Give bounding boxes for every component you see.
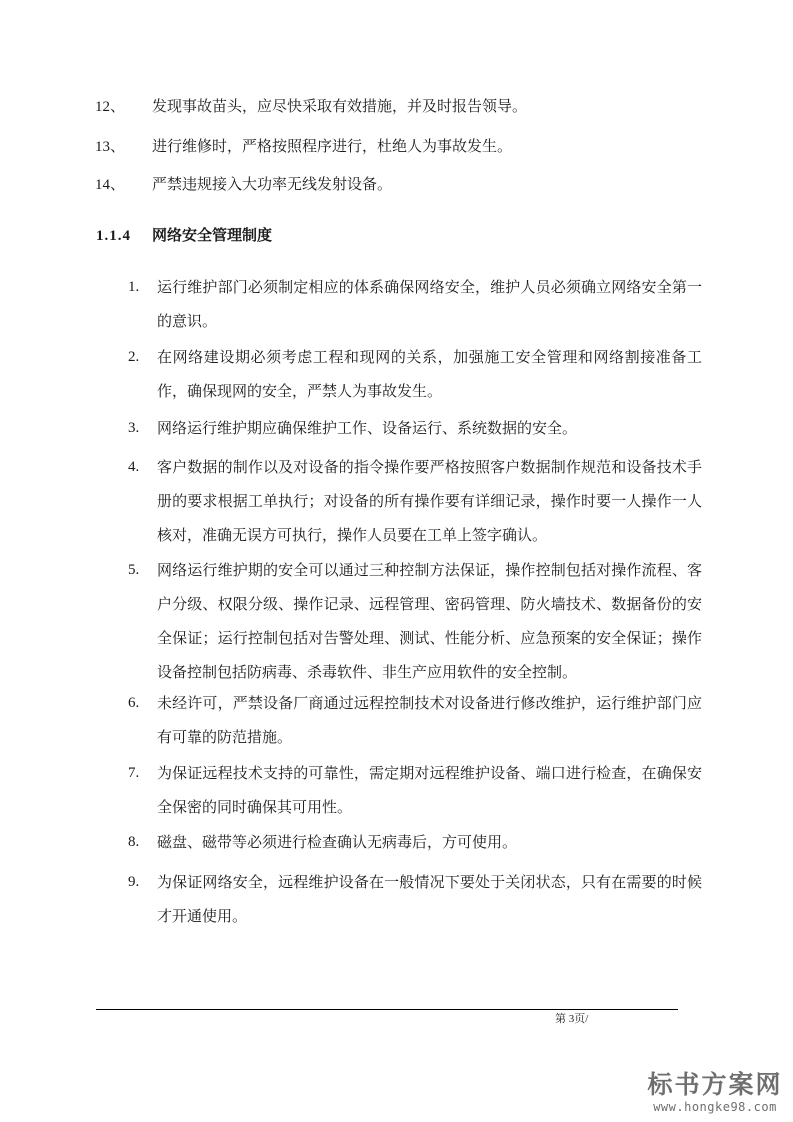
item-text: 网络运行维护期应确保维护工作、设备运行、系统数据的安全。 [157, 411, 702, 445]
item-number: 5. [128, 553, 139, 587]
list-item-13: 13、进行维修时，严格按照程序进行，杜绝人为事故发生。 [95, 135, 512, 157]
section-heading: 1.1.4网络安全管理制度 [96, 224, 272, 247]
item-text: 未经许可，严禁设备厂商通过远程控制技术对设备进行修改维护，运行维护部门应有可靠的… [157, 686, 702, 754]
watermark-title: 标书方案网 [640, 1071, 790, 1099]
list-item-9: 9. 为保证网络安全，远程维护设备在一般情况下要处于关闭状态，只有在需要的时候才… [128, 865, 703, 933]
item-number: 13、 [95, 136, 152, 158]
item-text: 严禁违规接入大功率无线发射设备。 [152, 173, 392, 195]
watermark: 标书方案网 www.hongke98.com [640, 1071, 790, 1115]
list-item-7: 7. 为保证远程技术支持的可靠性，需定期对远程维护设备、端口进行检查，在确保安全… [128, 756, 703, 824]
list-item-3: 3. 网络运行维护期应确保维护工作、设备运行、系统数据的安全。 [128, 411, 703, 445]
item-number: 4. [128, 450, 139, 484]
list-item-12: 12、发现事故苗头，应尽快采取有效措施，并及时报告领导。 [95, 95, 527, 117]
list-item-6: 6. 未经许可，严禁设备厂商通过远程控制技术对设备进行修改维护，运行维护部门应有… [128, 686, 703, 754]
item-number: 8. [128, 825, 139, 859]
item-text: 为保证网络安全，远程维护设备在一般情况下要处于关闭状态，只有在需要的时候才开通使… [157, 865, 702, 933]
item-text: 网络运行维护期的安全可以通过三种控制方法保证，操作控制包括对操作流程、客户分级、… [157, 553, 702, 689]
item-text: 磁盘、磁带等必须进行检查确认无病毒后，方可使用。 [157, 825, 702, 859]
section-title: 网络安全管理制度 [152, 226, 272, 244]
watermark-url: www.hongke98.com [640, 1099, 790, 1115]
item-text: 为保证远程技术支持的可靠性，需定期对远程维护设备、端口进行检查，在确保安全保密的… [157, 756, 702, 824]
page-number: 第 3页/ [555, 1012, 588, 1026]
item-number: 2. [128, 340, 139, 374]
list-item-8: 8. 磁盘、磁带等必须进行检查确认无病毒后，方可使用。 [128, 825, 703, 859]
list-item-4: 4. 客户数据的制作以及对设备的指令操作要严格按照客户数据制作规范和设备技术手册… [128, 450, 703, 552]
item-number: 7. [128, 756, 139, 790]
item-text: 进行维修时，严格按照程序进行，杜绝人为事故发生。 [152, 135, 512, 157]
item-number: 1. [128, 270, 139, 304]
item-number: 3. [128, 411, 139, 445]
section-number: 1.1.4 [96, 225, 152, 247]
item-number: 6. [128, 686, 139, 720]
list-item-1: 1. 运行维护部门必须制定相应的体系确保网络安全，维护人员必须确立网络安全第一的… [128, 270, 703, 338]
list-item-14: 14、严禁违规接入大功率无线发射设备。 [95, 173, 392, 195]
item-number: 14、 [95, 174, 152, 196]
footer-divider [96, 1009, 678, 1010]
list-item-2: 2. 在网络建设期必须考虑工程和现网的关系，加强施工安全管理和网络割接准备工作，… [128, 340, 703, 408]
item-text: 发现事故苗头，应尽快采取有效措施，并及时报告领导。 [152, 95, 527, 117]
document-page: 12、发现事故苗头，应尽快采取有效措施，并及时报告领导。 13、进行维修时，严格… [0, 0, 793, 1122]
item-text: 在网络建设期必须考虑工程和现网的关系，加强施工安全管理和网络割接准备工作，确保现… [157, 340, 702, 408]
item-number: 12、 [95, 96, 152, 118]
item-text: 运行维护部门必须制定相应的体系确保网络安全，维护人员必须确立网络安全第一的意识。 [157, 270, 702, 338]
item-number: 9. [128, 865, 139, 899]
item-text: 客户数据的制作以及对设备的指令操作要严格按照客户数据制作规范和设备技术手册的要求… [157, 450, 702, 552]
list-item-5: 5. 网络运行维护期的安全可以通过三种控制方法保证，操作控制包括对操作流程、客户… [128, 553, 703, 689]
